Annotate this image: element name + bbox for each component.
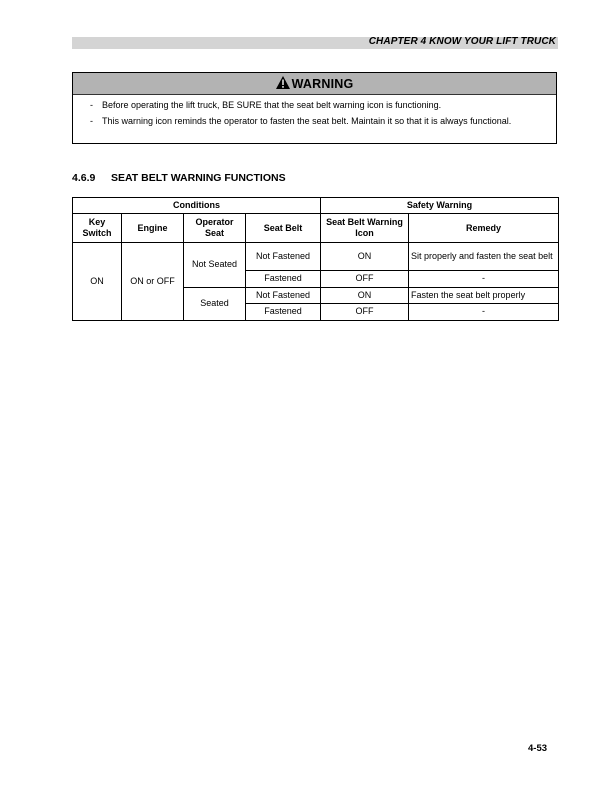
section-title: SEAT BELT WARNING FUNCTIONS [111, 172, 286, 184]
key-switch-cell: ON [73, 243, 122, 321]
operator-seat-cell: Not Seated [184, 243, 246, 288]
remedy-cell: - [409, 304, 559, 321]
column-header-operator-seat: Operator Seat [184, 214, 246, 243]
warning-header: WARNING [73, 73, 556, 95]
warning-icon-cell: OFF [321, 271, 409, 288]
warning-text: Before operating the lift truck, BE SURE… [102, 100, 441, 110]
column-header-remedy: Remedy [409, 214, 559, 243]
column-header-seat-belt: Seat Belt [246, 214, 321, 243]
warning-icon-cell: OFF [321, 304, 409, 321]
table-row: ON ON or OFF Not Seated Not Fastened ON … [73, 243, 559, 271]
engine-cell: ON or OFF [122, 243, 184, 321]
bullet-dash: - [90, 116, 93, 127]
seat-belt-cell: Not Fastened [246, 243, 321, 271]
operator-seat-cell: Seated [184, 287, 246, 320]
warning-label: WARNING [292, 77, 354, 91]
warning-item: - This warning icon reminds the operator… [73, 116, 556, 127]
warning-icon-cell: ON [321, 287, 409, 304]
bullet-dash: - [90, 100, 93, 111]
section-number: 4.6.9 [72, 172, 111, 184]
page-number: 4-53 [528, 743, 547, 754]
column-header-key-switch: Key Switch [73, 214, 122, 243]
warning-icon-cell: ON [321, 243, 409, 271]
warning-triangle-icon [276, 76, 290, 89]
group-header-conditions: Conditions [73, 198, 321, 214]
warning-list: - Before operating the lift truck, BE SU… [73, 95, 556, 127]
table-group-header-row: Conditions Safety Warning [73, 198, 559, 214]
warning-text: This warning icon reminds the operator t… [102, 116, 511, 126]
seat-belt-cell: Fastened [246, 271, 321, 288]
warning-item: - Before operating the lift truck, BE SU… [73, 100, 556, 111]
seat-belt-cell: Not Fastened [246, 287, 321, 304]
table-column-header-row: Key Switch Engine Operator Seat Seat Bel… [73, 214, 559, 243]
chapter-title: CHAPTER 4 KNOW YOUR LIFT TRUCK [369, 36, 556, 47]
remedy-cell: - [409, 271, 559, 288]
seat-belt-cell: Fastened [246, 304, 321, 321]
chapter-header-bar: CHAPTER 4 KNOW YOUR LIFT TRUCK [72, 37, 558, 49]
section-heading: 4.6.9SEAT BELT WARNING FUNCTIONS [72, 172, 286, 184]
seat-belt-warning-table: Conditions Safety Warning Key Switch Eng… [72, 197, 559, 321]
remedy-cell: Sit properly and fasten the seat belt [409, 243, 559, 271]
warning-box: WARNING - Before operating the lift truc… [72, 72, 557, 144]
column-header-warning-icon: Seat Belt Warning Icon [321, 214, 409, 243]
remedy-cell: Fasten the seat belt properly [409, 287, 559, 304]
group-header-safety-warning: Safety Warning [321, 198, 559, 214]
column-header-engine: Engine [122, 214, 184, 243]
